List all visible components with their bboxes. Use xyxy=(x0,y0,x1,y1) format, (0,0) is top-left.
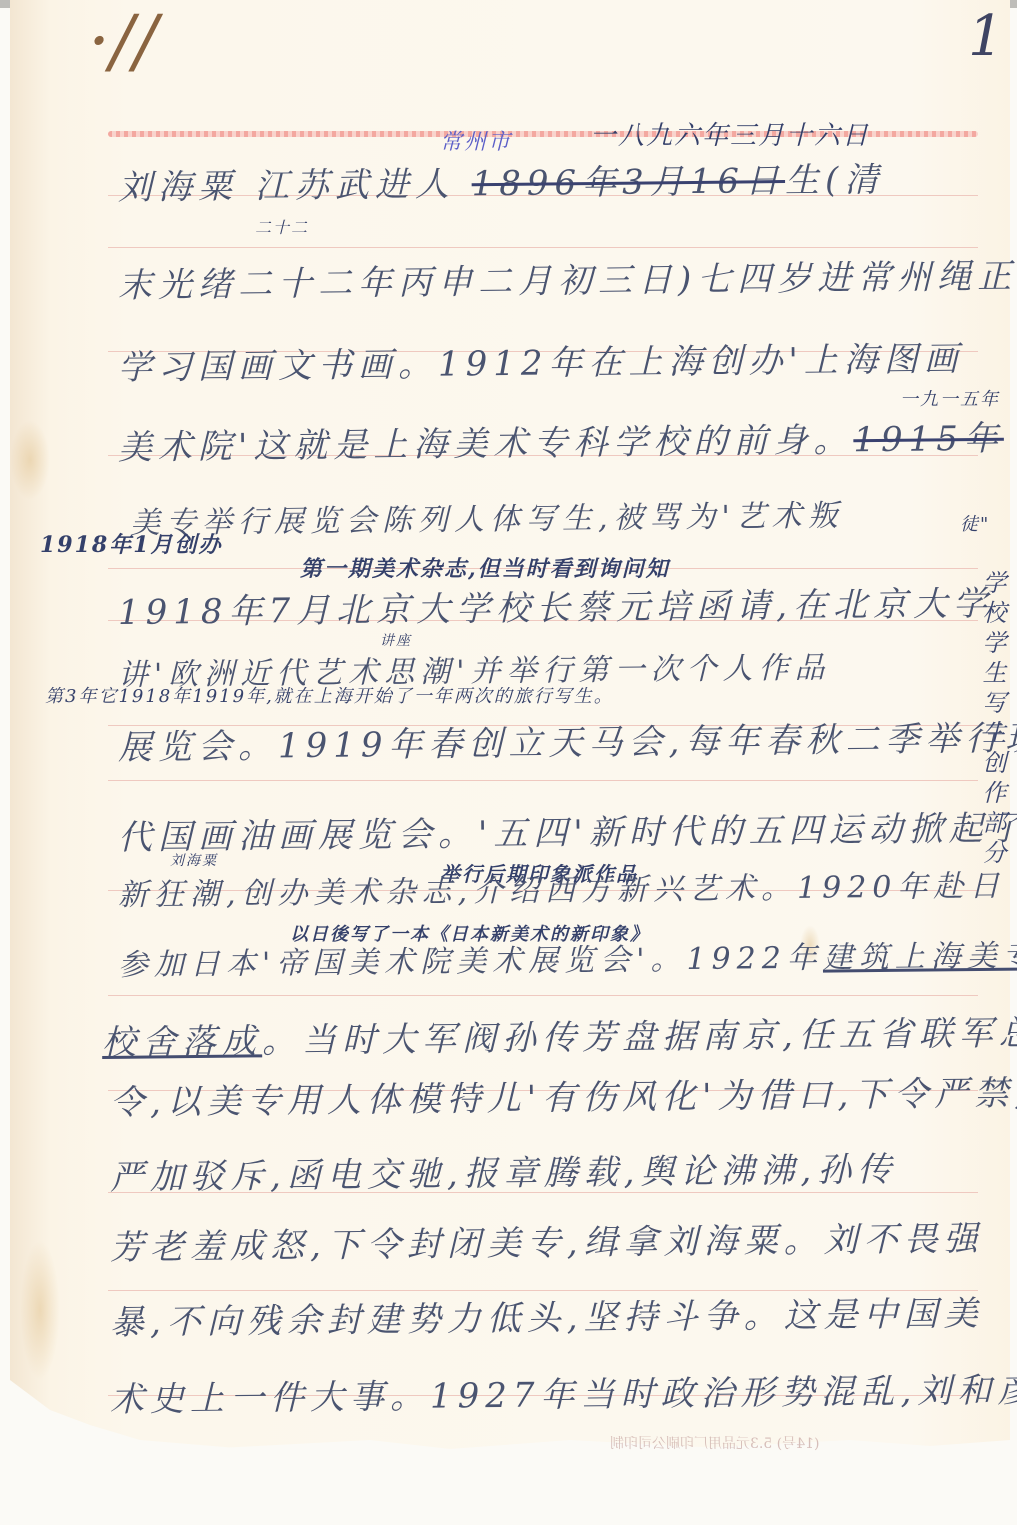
struck-text: 1896年3月16日 xyxy=(471,161,785,204)
underlined-text: 校舍落成 xyxy=(102,1021,262,1063)
line-text: 刘海粟 江苏武进人 xyxy=(118,164,472,208)
manuscript-line-15: 芳老羞成怒,下令封闭美专,缉拿刘海粟。刘不畏强 xyxy=(110,1211,984,1269)
manuscript-line-11: 参加日本'帝国美术院美术展览会'。1922年建筑上海美专新 xyxy=(118,930,1017,984)
manuscript-line-10: 新狂潮,创办美术杂志,介绍西方新兴艺术。1920年赴日 xyxy=(118,861,1006,914)
line-text: 参加日本'帝国美术院美术展览会'。1922年 xyxy=(118,941,823,983)
annotation-birth-date: 一八九六年三月十六日 xyxy=(590,115,870,152)
ruled-line xyxy=(108,995,978,996)
struck-text: 1915年 xyxy=(853,419,1004,461)
underlined-text: 建筑上海美专新 xyxy=(823,938,1017,976)
corner-mark: ·// xyxy=(88,0,157,82)
annotation-insert: 第3年它1918年1919年,就在上海开始了一年两次的旅行写生。 xyxy=(45,682,614,708)
annotation-insert: 刘海粟 xyxy=(170,850,218,870)
line-tail: 。当时大军阀孙传芳盘据南京,任五省联军总司 xyxy=(262,1013,1017,1062)
ruled-line xyxy=(108,780,978,781)
paper-stain xyxy=(10,420,50,500)
manuscript-line-13: 令,以美专用人体模特儿'有伤风化'为借口,下令严禁,刘 xyxy=(110,1065,1017,1124)
annotation-city: 常州市 xyxy=(440,125,512,156)
paper-stain xyxy=(20,1240,60,1380)
annotation-correction: 二十二 xyxy=(255,215,309,238)
manuscript-line-5: 美专举行展览会陈列人体写生,被骂为'艺术叛 xyxy=(130,491,844,542)
manuscript-line-16: 暴,不向残余封建势力低头,坚持斗争。这是中国美 xyxy=(110,1286,984,1344)
right-margin-annotation: 学校学生写生创作部分 xyxy=(975,570,1010,910)
manuscript-line-14: 严加驳斥,函电交驰,报章腾载,舆论沸沸,孙传 xyxy=(110,1142,898,1199)
annotation-insert: 1918年1月创办 xyxy=(40,528,223,559)
manuscript-line-3: 学习国画文书画。1912年在上海创办'上海图画 xyxy=(118,331,964,389)
ruled-line xyxy=(108,247,978,248)
manuscript-line-4: 美术院'这就是上海美术专科学校的前身。1915年 xyxy=(118,411,1004,469)
line-text: 美术院'这就是上海美术专科学校的前身。 xyxy=(118,420,854,468)
manuscript-line-8: 展览会。1919年春创立天马会,每年春秋二季举行现 xyxy=(118,710,1017,769)
annotation-correction: 一九一五年 xyxy=(900,385,1000,411)
mirrored-footer-print: (14号) 5.3元品用厂印刷公司印制 xyxy=(610,1433,819,1453)
manuscript-line-2: 末光绪二十二年丙申二月初三日)七四岁进常州绳正书院 xyxy=(118,248,1017,307)
page-number: 1 xyxy=(968,4,1004,69)
manuscript-line-6: 1918年7月北京大学校长蔡元培函请,在北京大学 xyxy=(118,576,993,634)
line-tail: 生(清 xyxy=(785,160,885,201)
annotation-insert: 第一期美术杂志,但当时看到询问知 xyxy=(300,552,670,583)
annotation-insert: 徒" xyxy=(960,510,990,536)
manuscript-line-17: 术史上一件大事。1927年当时政治形势混乱,刘和彦长 xyxy=(110,1362,1017,1421)
manuscript-line-12: 校舍落成。当时大军阀孙传芳盘据南京,任五省联军总司 xyxy=(102,1005,1017,1064)
manuscript-line-1: 刘海粟 江苏武进人 1896年3月16日生(清 xyxy=(118,152,885,209)
manuscript-line-9: 代国画油画展览会。'五四'新时代的五四运动掀起了革 xyxy=(118,800,1017,859)
